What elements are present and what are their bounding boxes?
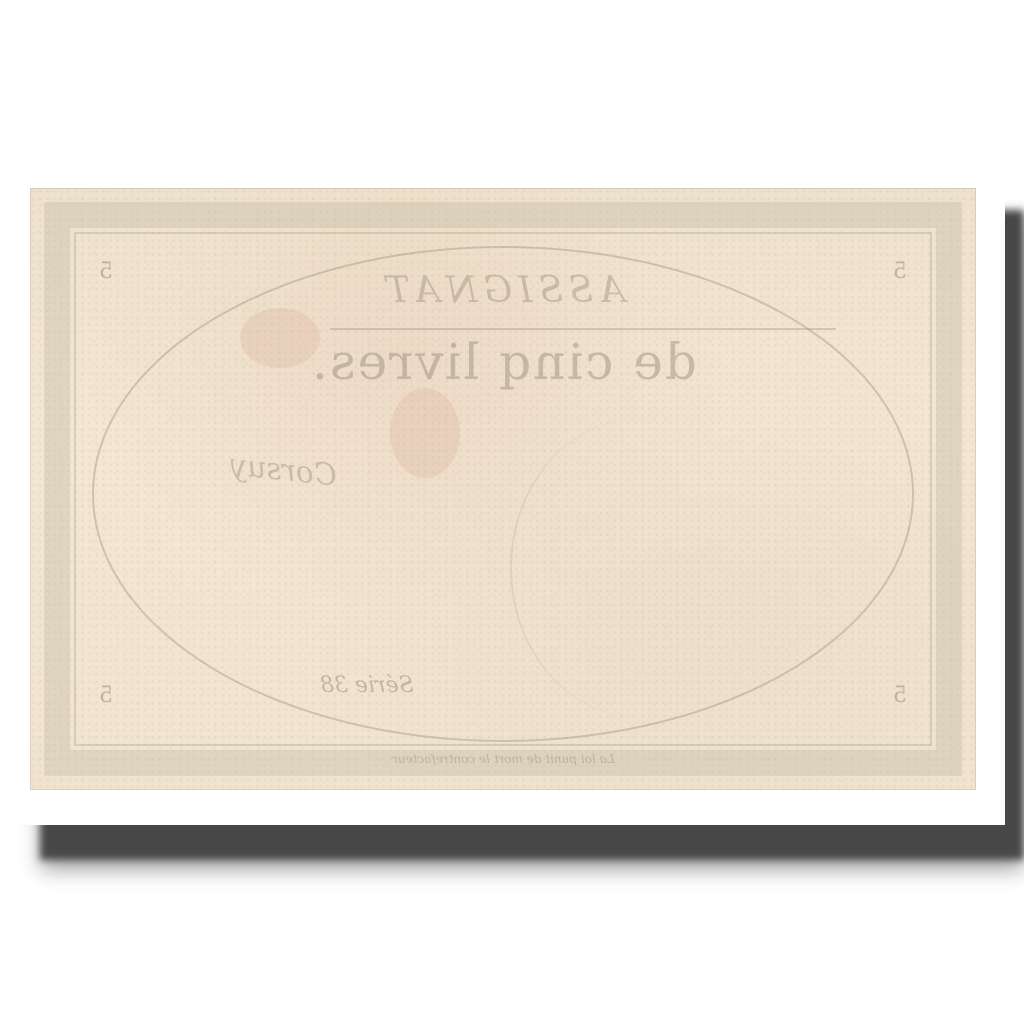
- title-text: ASSIGNAT: [380, 270, 625, 311]
- bottom-legend-text: La loi punit de mort le contrefacteur: [392, 752, 615, 766]
- corner-mark-bottom-left: 5: [92, 682, 120, 710]
- serial-text: Série 38: [320, 673, 414, 698]
- watermark-curve: [510, 418, 772, 718]
- corner-mark-text: 5: [893, 682, 907, 710]
- corner-mark-text: 5: [99, 682, 113, 710]
- banknote: 5 5 5 5 ASSIGNAT de cinq livres. Corsuy …: [30, 188, 976, 790]
- title-showthrough: ASSIGNAT: [30, 270, 976, 311]
- bottom-legend-showthrough: La loi punit de mort le contrefacteur: [30, 752, 976, 766]
- title-rule: [330, 328, 836, 330]
- central-oval: [92, 246, 914, 742]
- corner-mark-bottom-right: 5: [886, 682, 914, 710]
- denomination-showthrough: de cinq livres.: [30, 333, 976, 391]
- serial-showthrough: Série 38: [320, 673, 414, 698]
- stage: 5 5 5 5 ASSIGNAT de cinq livres. Corsuy …: [0, 0, 1024, 1024]
- denomination-text: de cinq livres.: [310, 333, 697, 391]
